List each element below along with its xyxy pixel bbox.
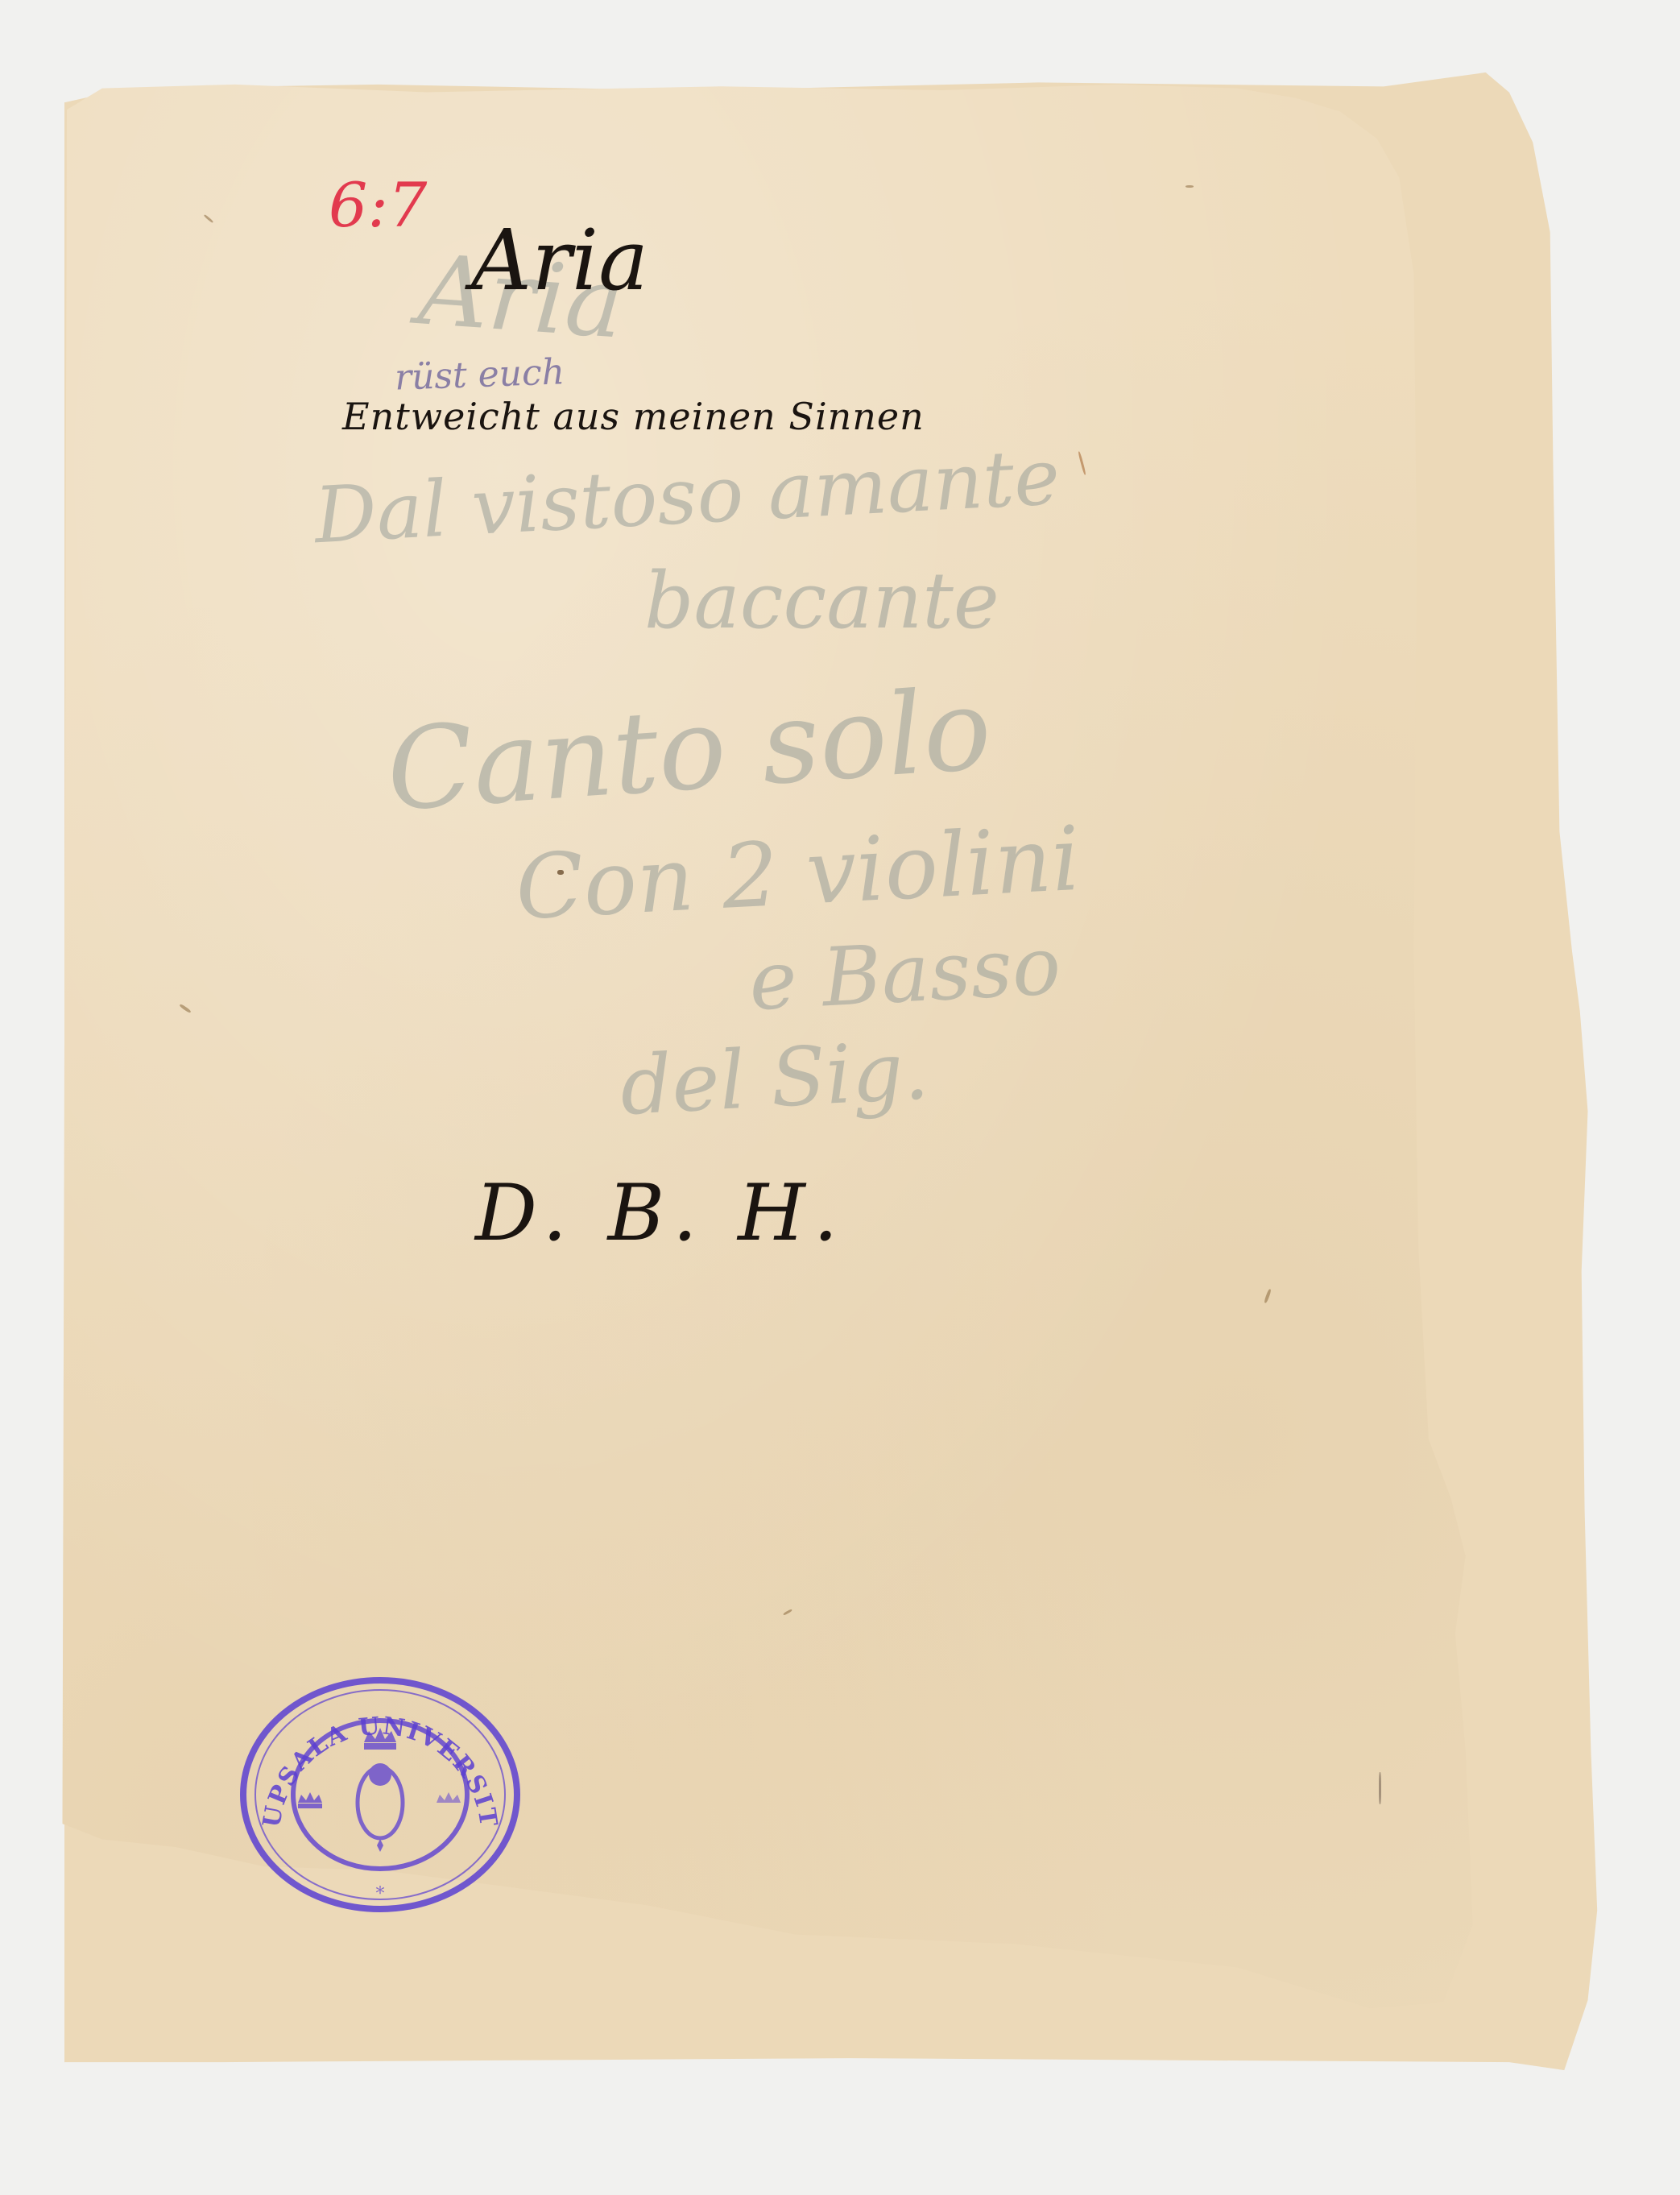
pencil-line-6: e Basso <box>747 918 1063 1029</box>
paper-fleck <box>1264 1289 1272 1303</box>
paper-fleck <box>179 1004 191 1013</box>
subtitle: Entweicht aus meinen Sinnen <box>342 395 925 438</box>
library-stamp: UPSALA UNIVERSITETS-BIBLIOTEK * <box>235 1674 525 1915</box>
title: Aria <box>471 211 648 309</box>
svg-text:*: * <box>376 1884 385 1904</box>
stamp-seal-icon: UPSALA UNIVERSITETS-BIBLIOTEK * <box>235 1674 525 1915</box>
paper-fleck <box>1078 451 1086 475</box>
pencil-line-3: baccante <box>644 556 999 646</box>
paper-fleck <box>1379 1772 1381 1804</box>
svg-text:UPSALA UNIVERSITETS-BIBLIOTEK: UPSALA UNIVERSITETS-BIBLIOTEK <box>235 1674 503 1830</box>
paper-fleck <box>783 1609 792 1616</box>
correction-text: rüst euch <box>394 351 565 398</box>
paper-fleck <box>204 214 214 223</box>
paper-fleck <box>1186 185 1194 188</box>
shelfmark: 6:7 <box>329 169 427 241</box>
pencil-line-7: del Sig. <box>618 1023 931 1133</box>
initials: D. B. H. <box>475 1168 846 1258</box>
